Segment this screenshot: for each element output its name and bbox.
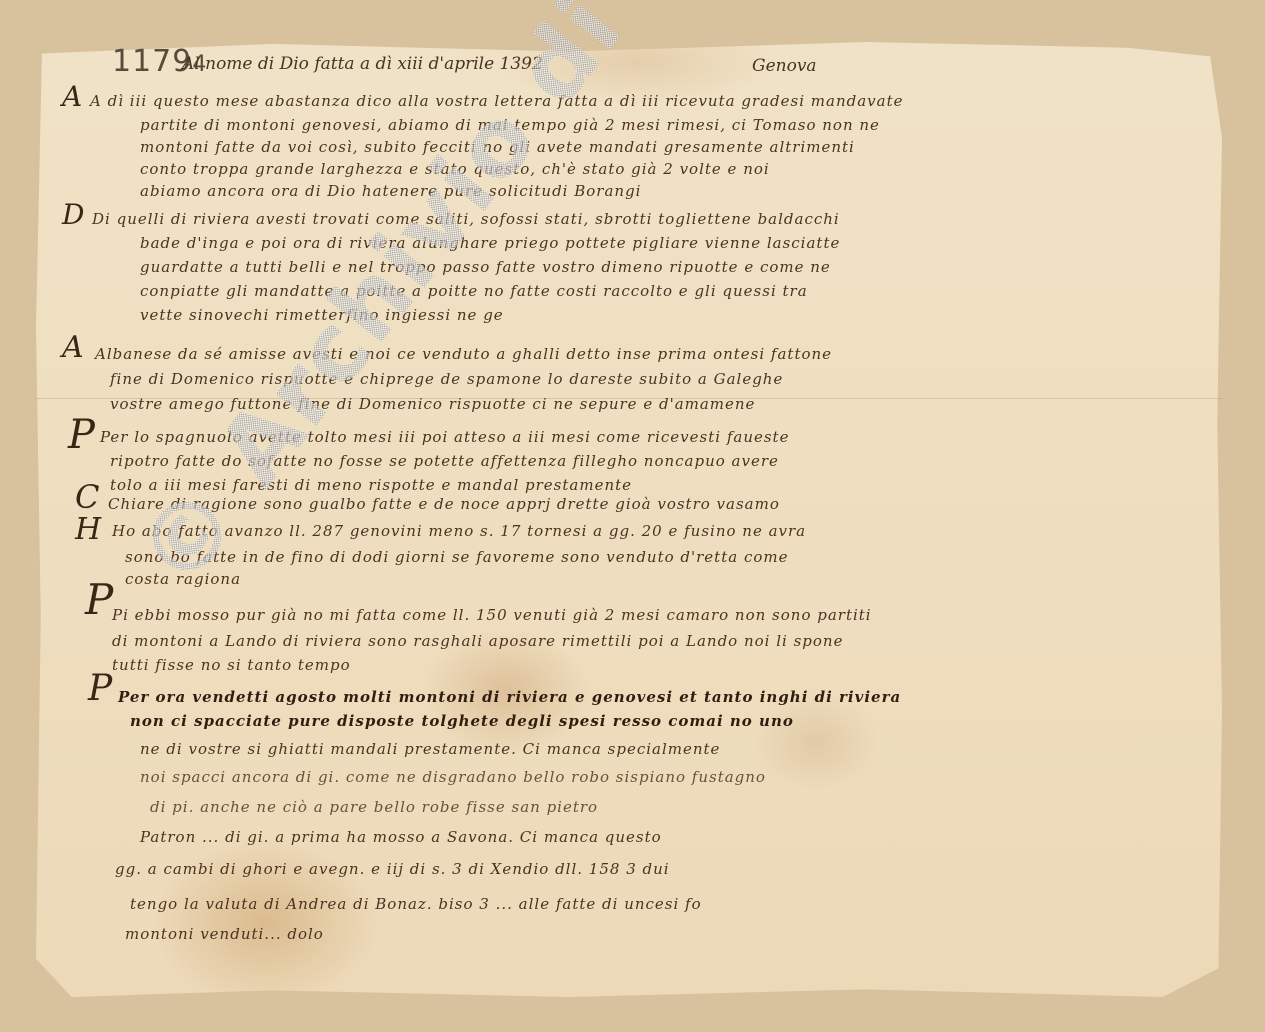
manuscript-line: Patron ... di gi. a prima ha mosso a Sav… (140, 828, 662, 846)
manuscript-line: tengo la valuta di Andrea di Bonaz. biso… (130, 895, 702, 913)
manuscript-line: tutti fisse no si tanto tempo (112, 656, 351, 674)
manuscript-line: montoni venduti... dolo (125, 925, 324, 943)
paragraph-initial: C (75, 478, 99, 516)
manuscript-line: gg. a cambi di ghori e avegn. e iij di s… (115, 860, 670, 878)
manuscript-line: di montoni a Lando di riviera sono rasgh… (112, 632, 843, 650)
paragraph-initial: P (85, 575, 113, 624)
manuscript-line: ne di vostre si ghiatti mandali prestame… (140, 740, 720, 758)
paragraph-initial: P (68, 412, 95, 458)
paragraph-initial: D (62, 198, 84, 231)
paragraph-initial: H (75, 512, 101, 547)
paragraph-initial: A (62, 80, 82, 113)
manuscript-line: Pi ebbi mosso pur già no mi fatta come l… (112, 606, 872, 624)
manuscript-line: vostre amego futtone fine di Domenico ri… (110, 395, 755, 413)
manuscript-line: guardatte a tutti belli e nel troppo pas… (140, 258, 831, 276)
manuscript-line: fine di Domenico rispuotte e chiprege de… (110, 370, 783, 388)
manuscript-line: non ci spacciate pure disposte tolghete … (130, 712, 794, 730)
manuscript-line: Albanese da sé amisse avesti e noi ce ve… (95, 345, 832, 363)
manuscript-line: conpiatte gli mandatte a poitte a poitte… (140, 282, 808, 300)
letter-place: Genova (752, 56, 817, 76)
manuscript-line: di pi. anche ne ciò a pare bello robe fi… (150, 798, 598, 816)
manuscript-line: noi spacci ancora di gi. come ne disgrad… (140, 768, 766, 786)
manuscript-line: Per ora vendetti agosto molti montoni di… (118, 688, 901, 706)
paragraph-initial: A (62, 330, 84, 365)
paragraph-initial: P (88, 668, 112, 709)
